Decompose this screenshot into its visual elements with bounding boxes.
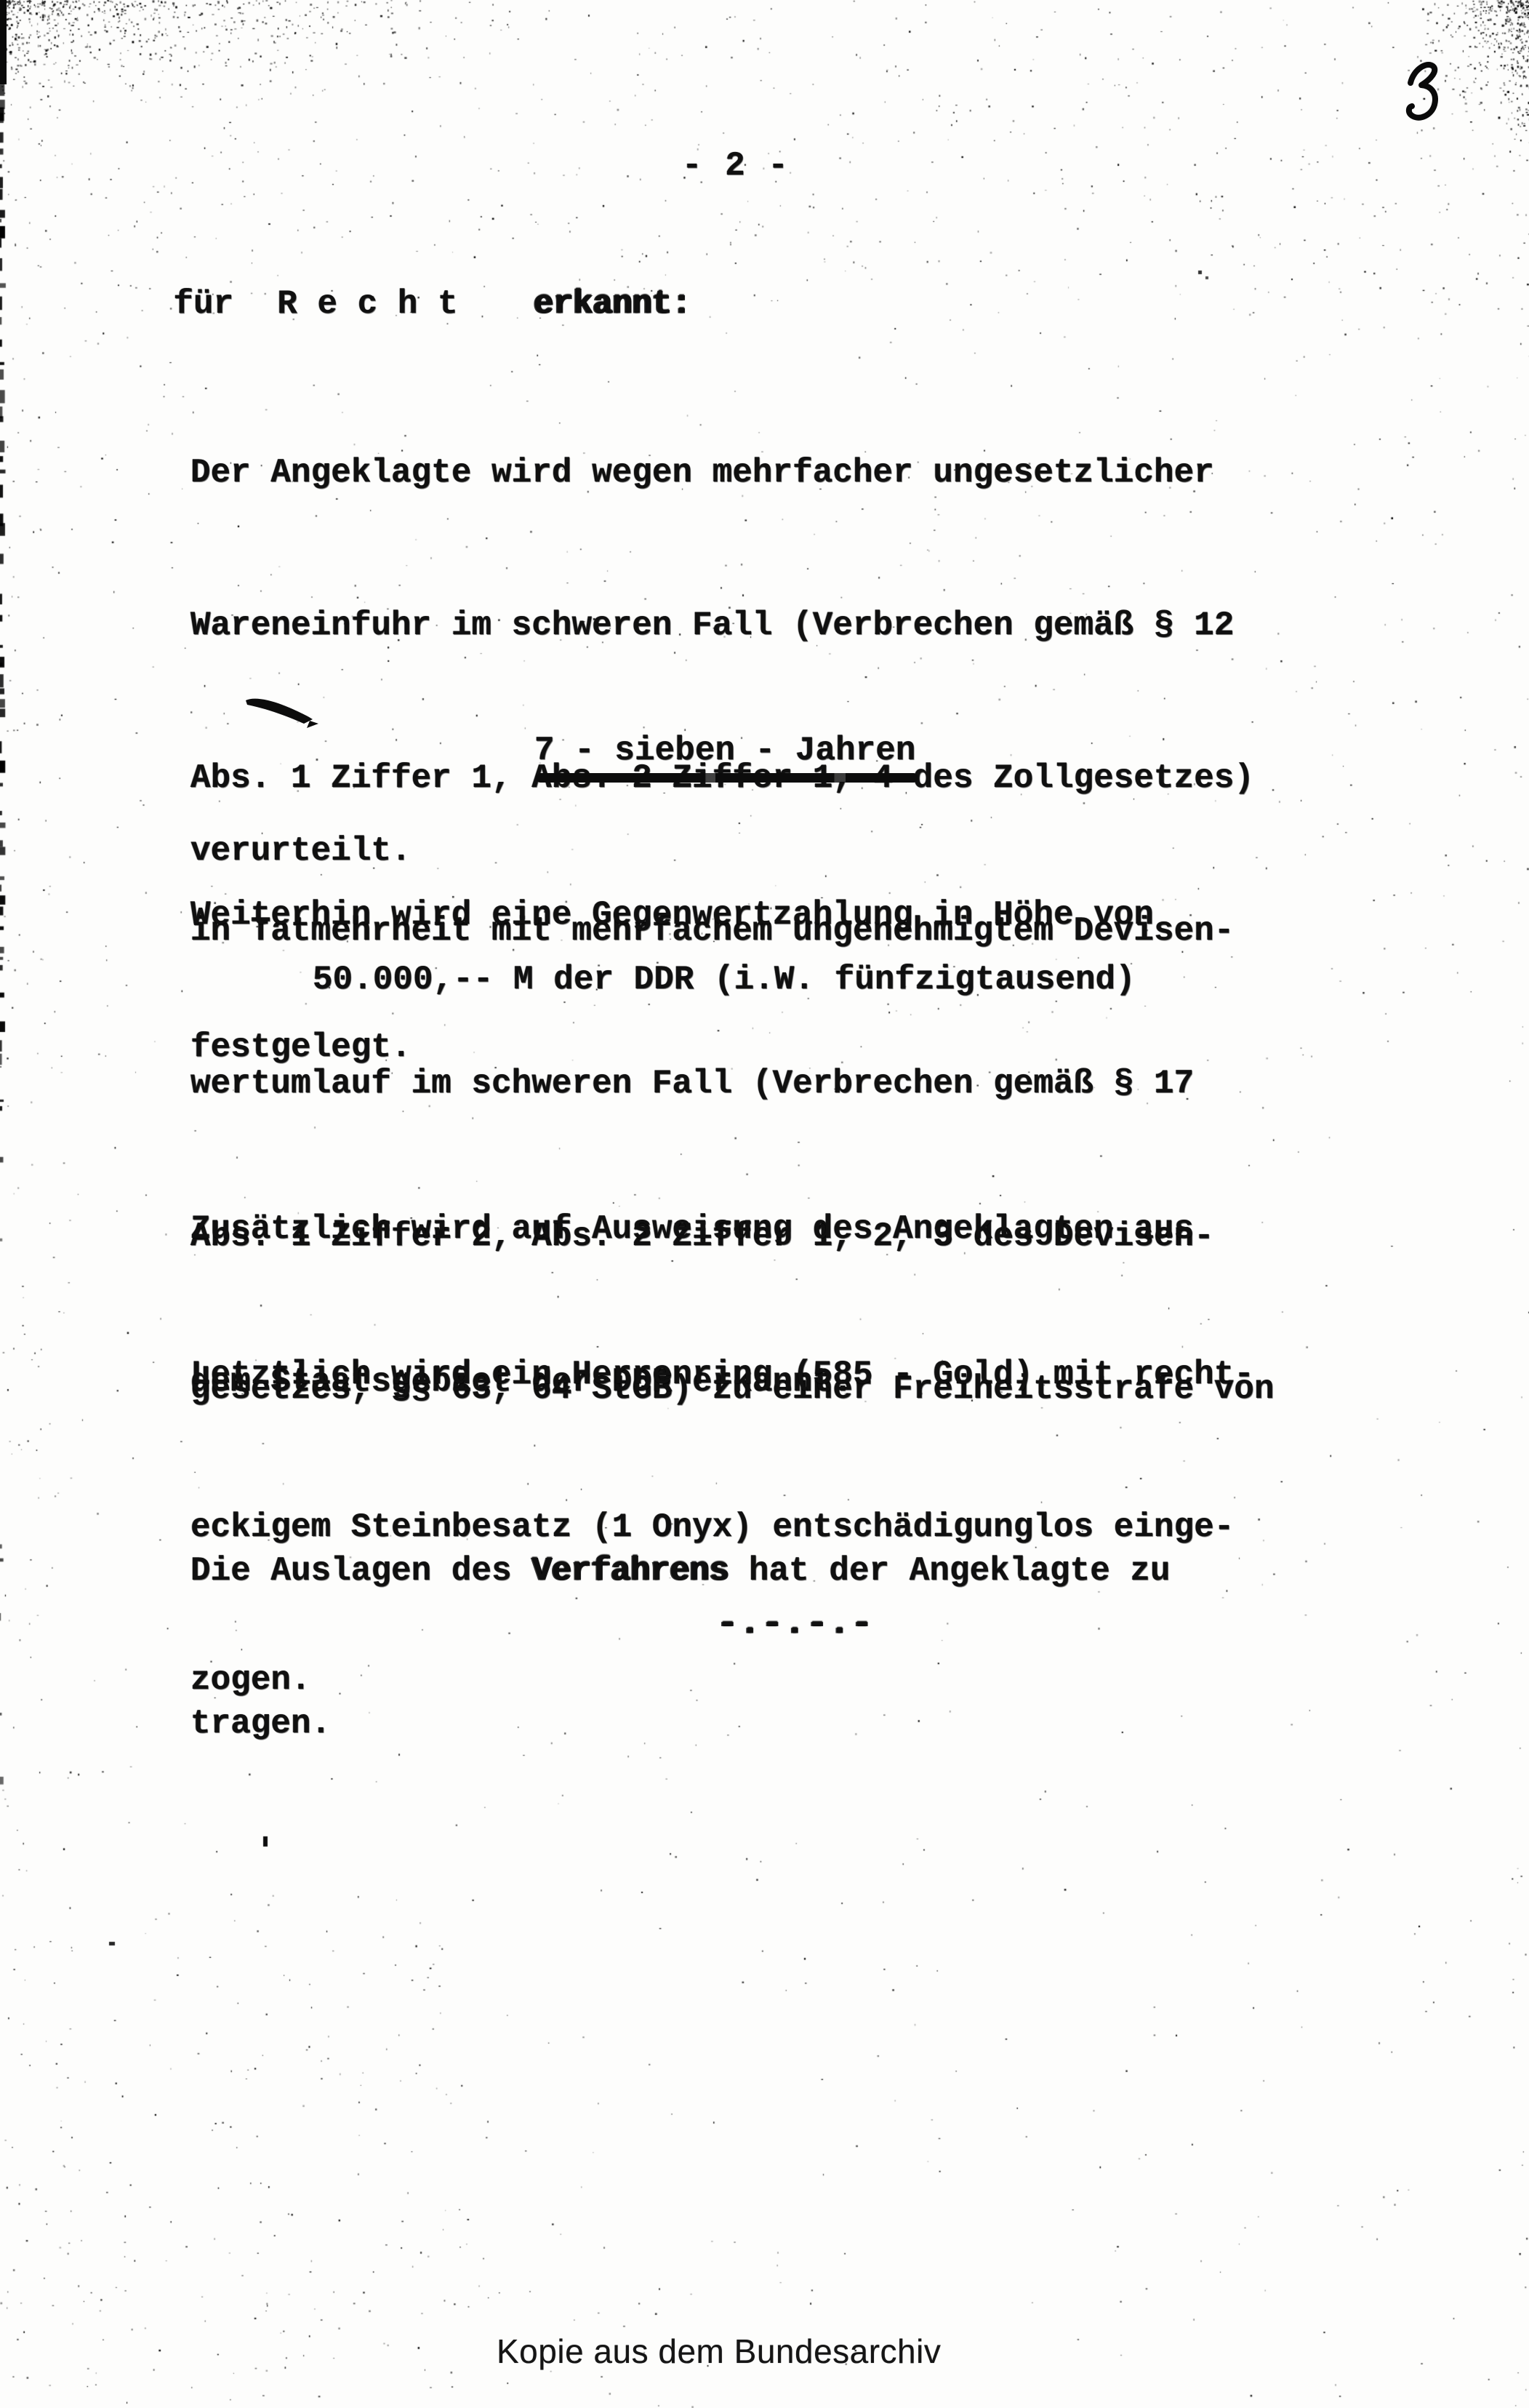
herrenring-line: Letztlich wird ein Herrenring (585 - Gol… <box>190 1349 1254 1400</box>
scanned-document-page: - 2 - fürR e c h terkannt: Der Angeklagt… <box>0 0 1529 2408</box>
auslagen-overstruck-word: Verfahrens <box>531 1552 729 1590</box>
header-word-recht: R e c h t <box>277 285 457 323</box>
page-number: - 2 - <box>682 149 790 183</box>
verdict-line: Wareneinfuhr im schweren Fall (Verbreche… <box>190 600 1275 651</box>
verurteilt-line: verurteilt. <box>190 834 412 868</box>
gegenwertzahlung-line: Weiterhin wird eine Gegenwertzahlung in … <box>190 898 1154 932</box>
judgment-header: fürR e c h terkannt: <box>93 254 691 354</box>
sentence-underline <box>536 773 918 783</box>
auslagen-part: Die Auslagen des <box>190 1552 531 1590</box>
amount-line: 50.000,-- M der DDR (i.W. fünfzigtausend… <box>313 963 1136 996</box>
auslagen-line: Die Auslagen des Verfahrens hat der Ange… <box>190 1545 1171 1596</box>
header-word-fuer: für <box>173 285 233 323</box>
header-word-erkannt: erkannt: <box>534 285 691 323</box>
festgelegt-line: festgelegt. <box>190 1031 412 1064</box>
auslagen-part: hat der Angeklagte zu <box>729 1552 1170 1590</box>
archive-footer: Kopie aus dem Bundesarchiv <box>497 2332 941 2371</box>
scan-edge-artifact <box>0 0 7 84</box>
handwritten-page-number-3-icon <box>1402 60 1442 127</box>
handwritten-check-mark-icon <box>240 687 334 731</box>
verdict-line: Der Angeklagte wird wegen mehrfacher ung… <box>190 447 1275 498</box>
sentence-duration: 7 - sieben - Jahren <box>534 734 916 767</box>
closing-divider: -.-.-.- <box>717 1607 874 1641</box>
auslagen-line: tragen. <box>190 1698 1171 1749</box>
auslagen-paragraph: Die Auslagen des Verfahrens hat der Ange… <box>190 1444 1171 1851</box>
